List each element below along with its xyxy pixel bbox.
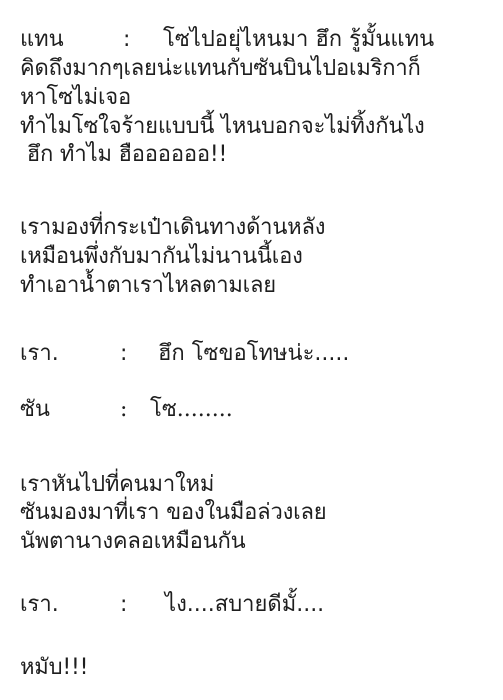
closing-line: หมับ!!! <box>20 654 88 682</box>
speaker-name: เรา. <box>20 340 59 368</box>
dialog-row-tan: แทน : โซไปอยุ่ไหนมา ฮึก รู้มั้นแทน <box>20 26 490 54</box>
narration-line: เราหันไปที่คนมาใหม่ <box>20 471 214 499</box>
dialog-continuation-line: ทำไมโซใจร้ายแบบนี้ ไหนบอกจะไม่ทิ้งกันไง <box>20 113 425 141</box>
narration-line: ซันมองมาที่เรา ของในมือล่วงเลย <box>20 499 326 527</box>
dialog-continuation-line: หาโซไม่เจอ <box>20 84 131 112</box>
dialog-row-sun: ซัน : โซ........ <box>20 396 490 424</box>
speaker-colon: : <box>120 396 127 424</box>
dialog-continuation-line: ฮึก ทำไม ฮืออออออ!! <box>20 141 227 169</box>
narration-line: ทำเอาน้ำตาเราไหลตามเลย <box>20 272 276 300</box>
speaker-colon: : <box>123 26 130 54</box>
speaker-name: เรา. <box>20 591 59 619</box>
dialog-text: ฮึก โซขอโทษน่ะ..... <box>158 340 349 368</box>
speaker-colon: : <box>120 591 127 619</box>
speaker-colon: : <box>120 340 127 368</box>
narration-line: นัพตานางคลอเหมือนกัน <box>20 528 245 556</box>
narration-line: เรามองที่กระเป๋าเดินทางด้านหลัง <box>20 214 325 242</box>
speaker-name: ซัน <box>20 396 50 424</box>
dialog-row-rao: เรา. : ฮึก โซขอโทษน่ะ..... <box>20 340 490 368</box>
dialog-text: ไง....สบายดีมั้.... <box>165 591 324 619</box>
dialog-row-rao-2: เรา. : ไง....สบายดีมั้.... <box>20 591 490 619</box>
dialog-text: โซ........ <box>150 396 233 424</box>
dialog-text: โซไปอยุ่ไหนมา ฮึก รู้มั้นแทน <box>163 26 434 54</box>
dialog-continuation-line: คิดถึงมากๆเลยน่ะแทนกับซันบินไปอเมริกาก็ <box>20 55 421 83</box>
speaker-name: แทน <box>20 26 64 54</box>
narration-line: เหมือนพึ่งกับมากันไม่นานนี้เอง <box>20 243 303 271</box>
